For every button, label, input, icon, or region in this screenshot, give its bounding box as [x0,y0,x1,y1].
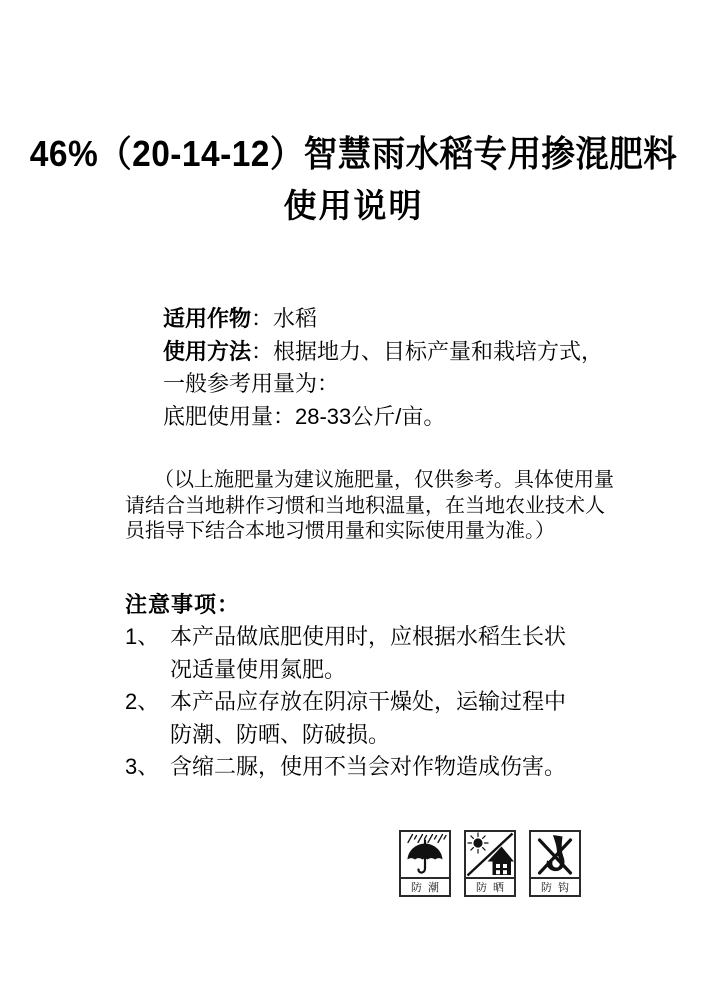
note-line: 含缩二脲，使用不当会对作物造成伤害。 [170,751,566,783]
keep-away-sun-label: 防晒 [466,877,514,895]
note-line: 况适量使用氮肥。 [170,654,566,686]
keep-dry-label: 防潮 [401,877,449,895]
instruction-sheet-page: 46%（20-14-12）智慧雨水稻专用掺混肥料 使用说明 适用作物：水稻 使用… [0,0,707,1000]
title-subheading: 使用说明 [0,186,707,226]
disclaimer-line: 请结合当地耕作习惯和当地积温量，在当地农业技术人 [125,494,614,520]
keep-dry-icon-box: 防潮 [399,830,451,897]
umbrella-rain-icon [401,832,449,877]
usage-row-method: 使用方法：根据地力、目标产量和栽培方式， [163,336,603,369]
note-item-3: 3、 含缩二脲，使用不当会对作物造成伤害。 [125,751,566,783]
no-hooks-label: 防钩 [531,877,579,895]
usage-value: ：根据地力、目标产量和栽培方式， [251,339,603,364]
notes-section: 注意事项： 1、 本产品做底肥使用时，应根据水稻生长状 况适量使用氮肥。 2、 … [125,589,566,783]
disclaimer-paragraph: （以上施肥量为建议施肥量，仅供参考。具体使用量 请结合当地耕作习惯和当地积温量，… [125,468,614,545]
notes-heading: 注意事项： [125,589,566,621]
usage-row-crop: 适用作物：水稻 [163,303,603,336]
usage-label: 适用作物 [163,306,251,331]
no-hooks-icon-box: 防钩 [529,830,581,897]
disclaimer-line: 员指导下结合本地习惯用量和实际使用量为准。） [125,519,614,545]
product-name: 46%（20-14-12）智慧雨水稻专用掺混肥料 [25,133,683,175]
sun-house-icon [466,832,514,877]
note-line: 本产品应存放在阴凉干燥处，运输过程中 [170,686,566,718]
usage-section: 适用作物：水稻 使用方法：根据地力、目标产量和栽培方式， 一般参考用量为： 底肥… [163,303,603,433]
usage-label: 使用方法 [163,339,251,364]
note-marker: 1、 [125,621,159,653]
usage-value: 一般参考用量为： [163,371,339,396]
disclaimer-line: （以上施肥量为建议施肥量，仅供参考。具体使用量 [125,468,614,494]
note-line: 防潮、防晒、防破损。 [170,719,566,751]
no-hooks-icon [531,832,579,877]
usage-row-base-amount: 底肥使用量：28-33公斤/亩。 [163,401,603,434]
note-line: 本产品做底肥使用时，应根据水稻生长状 [170,621,566,653]
usage-value: 底肥使用量：28-33公斤/亩。 [163,404,445,429]
usage-value: ：水稻 [251,306,317,331]
page-title: 46%（20-14-12）智慧雨水稻专用掺混肥料 使用说明 [0,133,707,226]
packaging-icons-row: 防潮 [399,830,581,897]
note-item-2: 2、 本产品应存放在阴凉干燥处，运输过程中 防潮、防晒、防破损。 [125,686,566,751]
usage-row-reference: 一般参考用量为： [163,368,603,401]
keep-away-sun-icon-box: 防晒 [464,830,516,897]
note-marker: 2、 [125,686,159,718]
note-marker: 3、 [125,751,159,783]
note-item-1: 1、 本产品做底肥使用时，应根据水稻生长状 况适量使用氮肥。 [125,621,566,686]
